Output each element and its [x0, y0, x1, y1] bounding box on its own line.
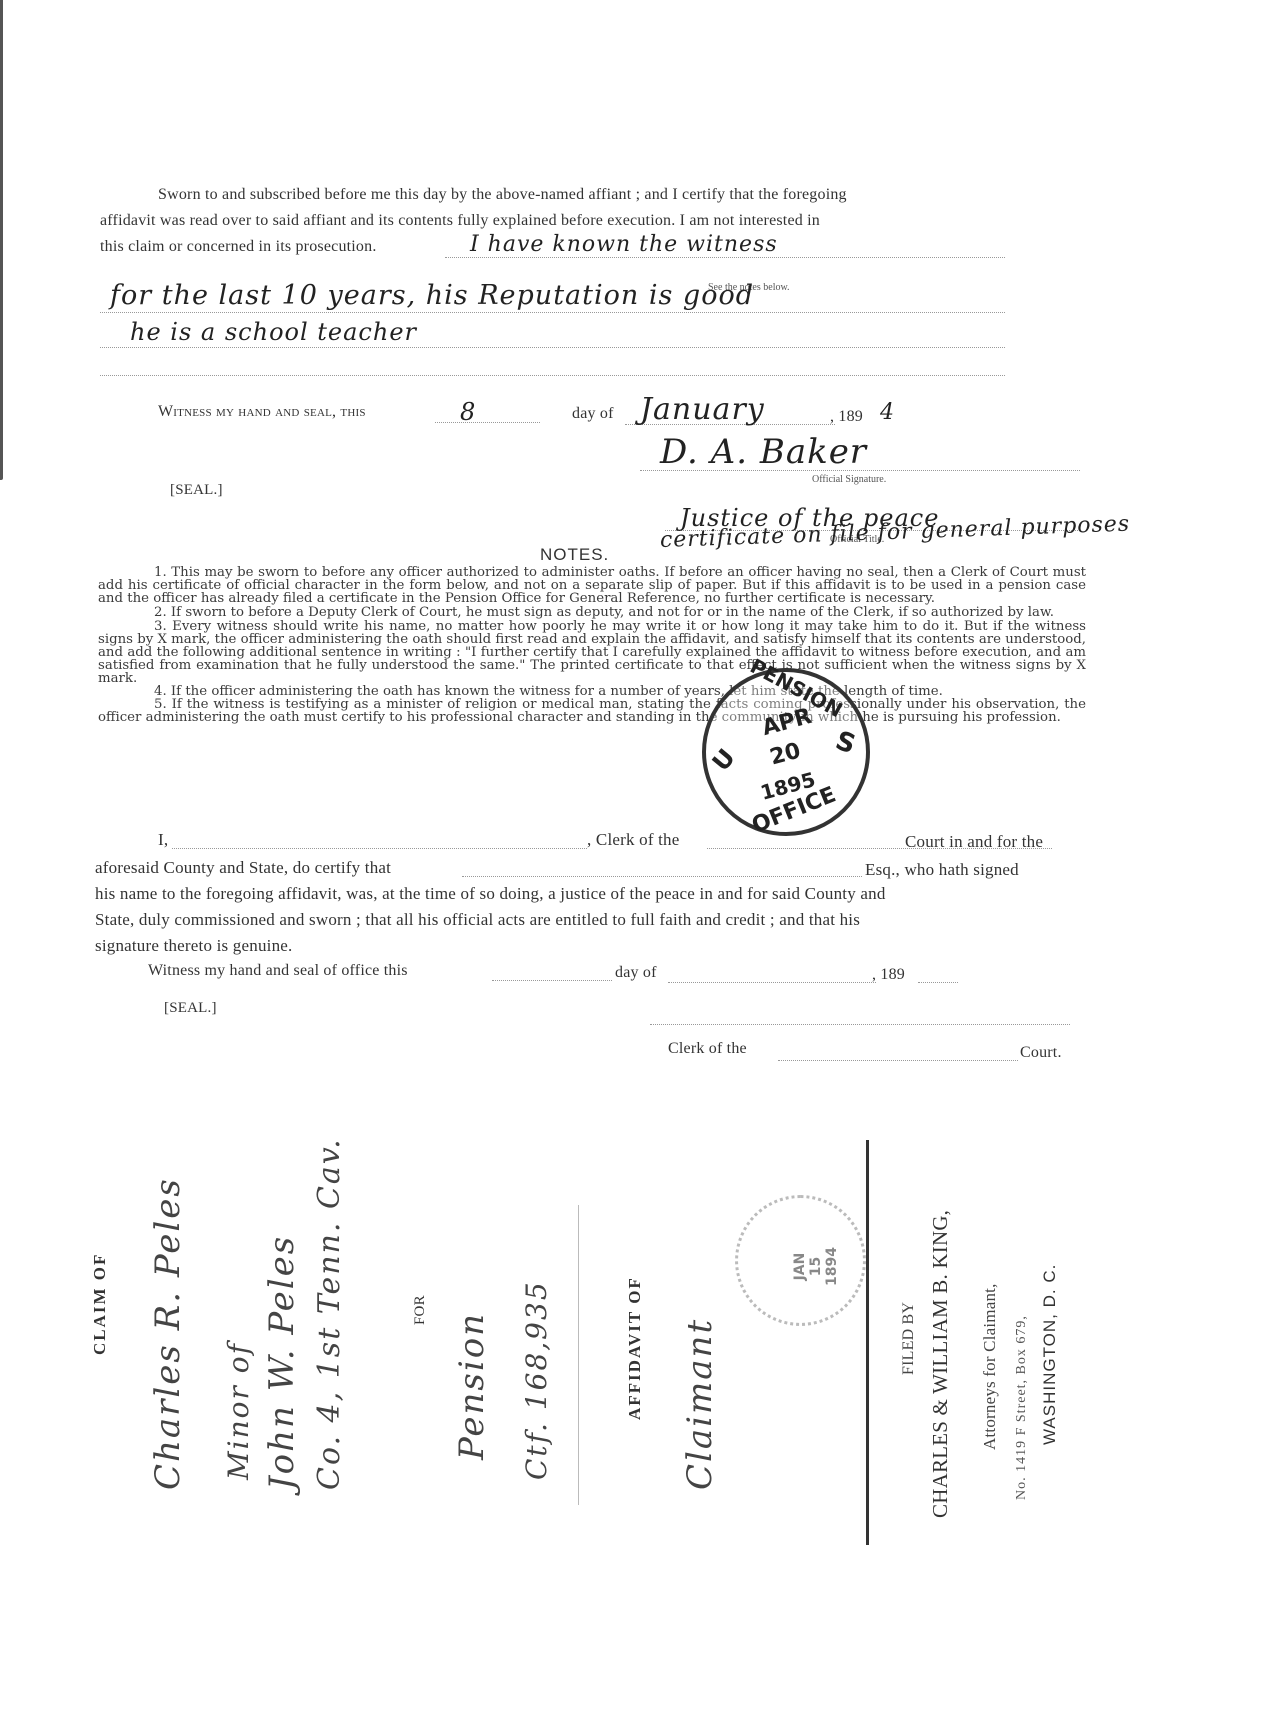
clerk-line1-suffix: Court in and for the: [905, 832, 1043, 852]
jurat-line-3: this claim or concerned in its prosecuti…: [100, 238, 377, 256]
received-stamp-month: JAN: [792, 1247, 808, 1286]
received-stamp-day: 15: [808, 1247, 824, 1286]
clerk-name-field[interactable]: [172, 848, 587, 849]
docket-divider: [866, 1140, 869, 1545]
statement-rule-4: [100, 375, 1005, 376]
attorneys-name: CHARLES & WILLIAM B. KING,: [928, 1210, 953, 1518]
day-field[interactable]: 8: [460, 398, 476, 426]
statement-rule-2: [100, 312, 1005, 313]
affiant-type: Claimant: [680, 1318, 720, 1490]
certificate-number: Ctf. 168,935: [520, 1280, 553, 1480]
attorneys-role: Attorneys for Claimant,: [980, 1283, 1000, 1450]
clerk-month-field[interactable]: [668, 982, 876, 983]
clerk-of-court-field[interactable]: [778, 1060, 1018, 1061]
month-field[interactable]: January: [640, 392, 765, 427]
stamp-right-text: S: [831, 726, 859, 761]
attorneys-city: WASHINGTON, D. C.: [1040, 1264, 1060, 1445]
clerk-year-field[interactable]: [918, 982, 958, 983]
certified-officer-field[interactable]: [462, 876, 862, 877]
clerk-line1-prefix: I,: [158, 830, 168, 850]
day-of-label: day of: [572, 405, 614, 423]
clerk-line-5: signature thereto is genuine.: [95, 936, 292, 956]
note-item-3: 3. Every witness should write his name, …: [98, 620, 1086, 685]
note-item-5: 5. If the witness is testifying as a min…: [98, 698, 1086, 724]
notes-heading: NOTES.: [540, 545, 609, 565]
handwritten-statement-line-2[interactable]: for the last 10 years, his Reputation is…: [110, 280, 754, 311]
stamp-left-text: U: [707, 744, 741, 777]
clerk-line2-suffix: Esq., who hath signed: [865, 860, 1019, 880]
stamp-month: APR: [760, 704, 815, 741]
clerk-of-label: Clerk of the: [668, 1040, 747, 1058]
filed-by-label: FILED BY: [900, 1302, 918, 1375]
handwritten-statement-line-1[interactable]: I have known the witness: [470, 232, 778, 257]
year-prefix: , 189: [830, 408, 863, 426]
clerk-line-3: his name to the foregoing affidavit, was…: [95, 884, 886, 904]
clerk-line1-mid: , Clerk of the: [587, 830, 680, 850]
attorneys-address: No. 1419 F Street, Box 679,: [1014, 1315, 1030, 1500]
received-stamp-year: 1894: [824, 1247, 840, 1286]
cert-no-rule: [578, 1205, 580, 1505]
jurat-line-2: affidavit was read over to said affiant …: [100, 212, 820, 230]
clerk-signature-field[interactable]: [650, 1024, 1070, 1025]
soldier-unit: Co. 4, 1st Tenn. Cav.: [312, 1137, 347, 1490]
attorney-received-stamp: JAN 15 1894: [735, 1195, 866, 1326]
minor-of-text: Minor of: [222, 1342, 255, 1480]
witness-prefix: Witness my hand and seal, this: [158, 403, 366, 421]
jurat-line-1: Sworn to and subscribed before me this d…: [158, 186, 847, 204]
clerk-line2-prefix: aforesaid County and State, do certify t…: [95, 858, 391, 878]
statement-rule-3: [100, 347, 1005, 348]
claim-type: Pension: [452, 1312, 492, 1460]
notes-list: 1. This may be sworn to before any offic…: [98, 566, 1086, 724]
seal-label: [SEAL.]: [170, 482, 223, 499]
claim-of-label: CLAIM OF: [90, 1253, 110, 1355]
clerk-year-prefix: , 189: [872, 966, 905, 984]
clerk-day-of-label: day of: [615, 964, 657, 982]
official-signature-field[interactable]: D. A. Baker: [660, 432, 867, 472]
note-item-1: 1. This may be sworn to before any offic…: [98, 566, 1086, 605]
claimant-name: Charles R. Peles: [148, 1177, 188, 1490]
statement-rule-1: [445, 257, 1005, 258]
clerk-seal-label: [SEAL.]: [164, 1000, 217, 1017]
stamp-day: 20: [767, 738, 803, 770]
pension-office-received-stamp: PENSION U S APR 20 1895 OFFICE: [702, 668, 870, 836]
year-field[interactable]: 4: [880, 400, 895, 425]
soldier-name: John W. Peles: [262, 1235, 302, 1490]
note-item-2: 2. If sworn to before a Deputy Clerk of …: [98, 606, 1086, 619]
official-signature-caption: Official Signature.: [812, 474, 886, 485]
page-edge: [0, 0, 3, 480]
clerk-day-field[interactable]: [492, 980, 612, 981]
day-rule: [435, 422, 540, 423]
clerk-witness-prefix: Witness my hand and seal of office this: [148, 962, 408, 980]
court-label: Court.: [1020, 1044, 1062, 1062]
affidavit-of-label: AFFIDAVIT OF: [625, 1276, 645, 1420]
handwritten-statement-line-3[interactable]: he is a school teacher: [130, 318, 417, 346]
clerk-line-4: State, duly commissioned and sworn ; tha…: [95, 910, 860, 930]
for-label: FOR: [412, 1295, 429, 1325]
